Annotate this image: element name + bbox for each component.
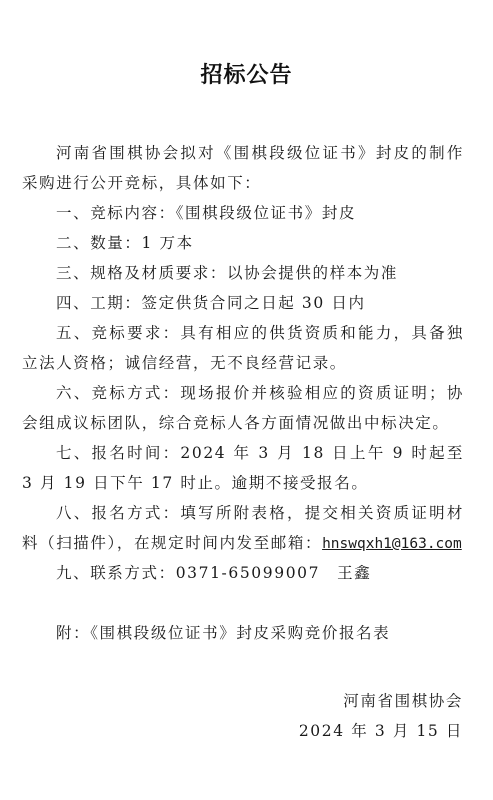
item-3: 三、规格及材质要求：以协会提供的样本为准 — [22, 258, 464, 288]
item-6: 六、竞标方式：现场报价并核验相应的资质证明；协会组成议标团队，综合竞标人各方面情… — [22, 378, 464, 438]
intro-paragraph: 河南省围棋协会拟对《围棋段级位证书》封皮的制作采购进行公开竞标，具体如下： — [22, 138, 464, 198]
item-2: 二、数量：1 万本 — [22, 228, 464, 258]
document-title: 招标公告 — [0, 58, 493, 89]
item-9: 九、联系方式：0371-65099007 王鑫 — [22, 558, 464, 588]
signature-org: 河南省围棋协会 — [343, 686, 463, 716]
email-link[interactable]: hnswqxh1@163.com — [322, 536, 462, 552]
signature-date: 2024 年 3 月 15 日 — [299, 716, 463, 746]
attachment-note: 附：《围棋段级位证书》封皮采购竞价报名表 — [22, 618, 464, 648]
item-4: 四、工期：签定供货合同之日起 30 日内 — [22, 288, 464, 318]
item-7: 七、报名时间：2024 年 3 月 18 日上午 9 时起至 3 月 19 日下… — [22, 438, 464, 498]
item-5: 五、竞标要求：具有相应的供货资质和能力，具备独立法人资格；诚信经营，无不良经营记… — [22, 318, 464, 378]
item-1: 一、竞标内容：《围棋段级位证书》封皮 — [22, 198, 464, 228]
item-8: 八、报名方式：填写所附表格，提交相关资质证明材料（扫描件），在规定时间内发至邮箱… — [22, 498, 464, 559]
